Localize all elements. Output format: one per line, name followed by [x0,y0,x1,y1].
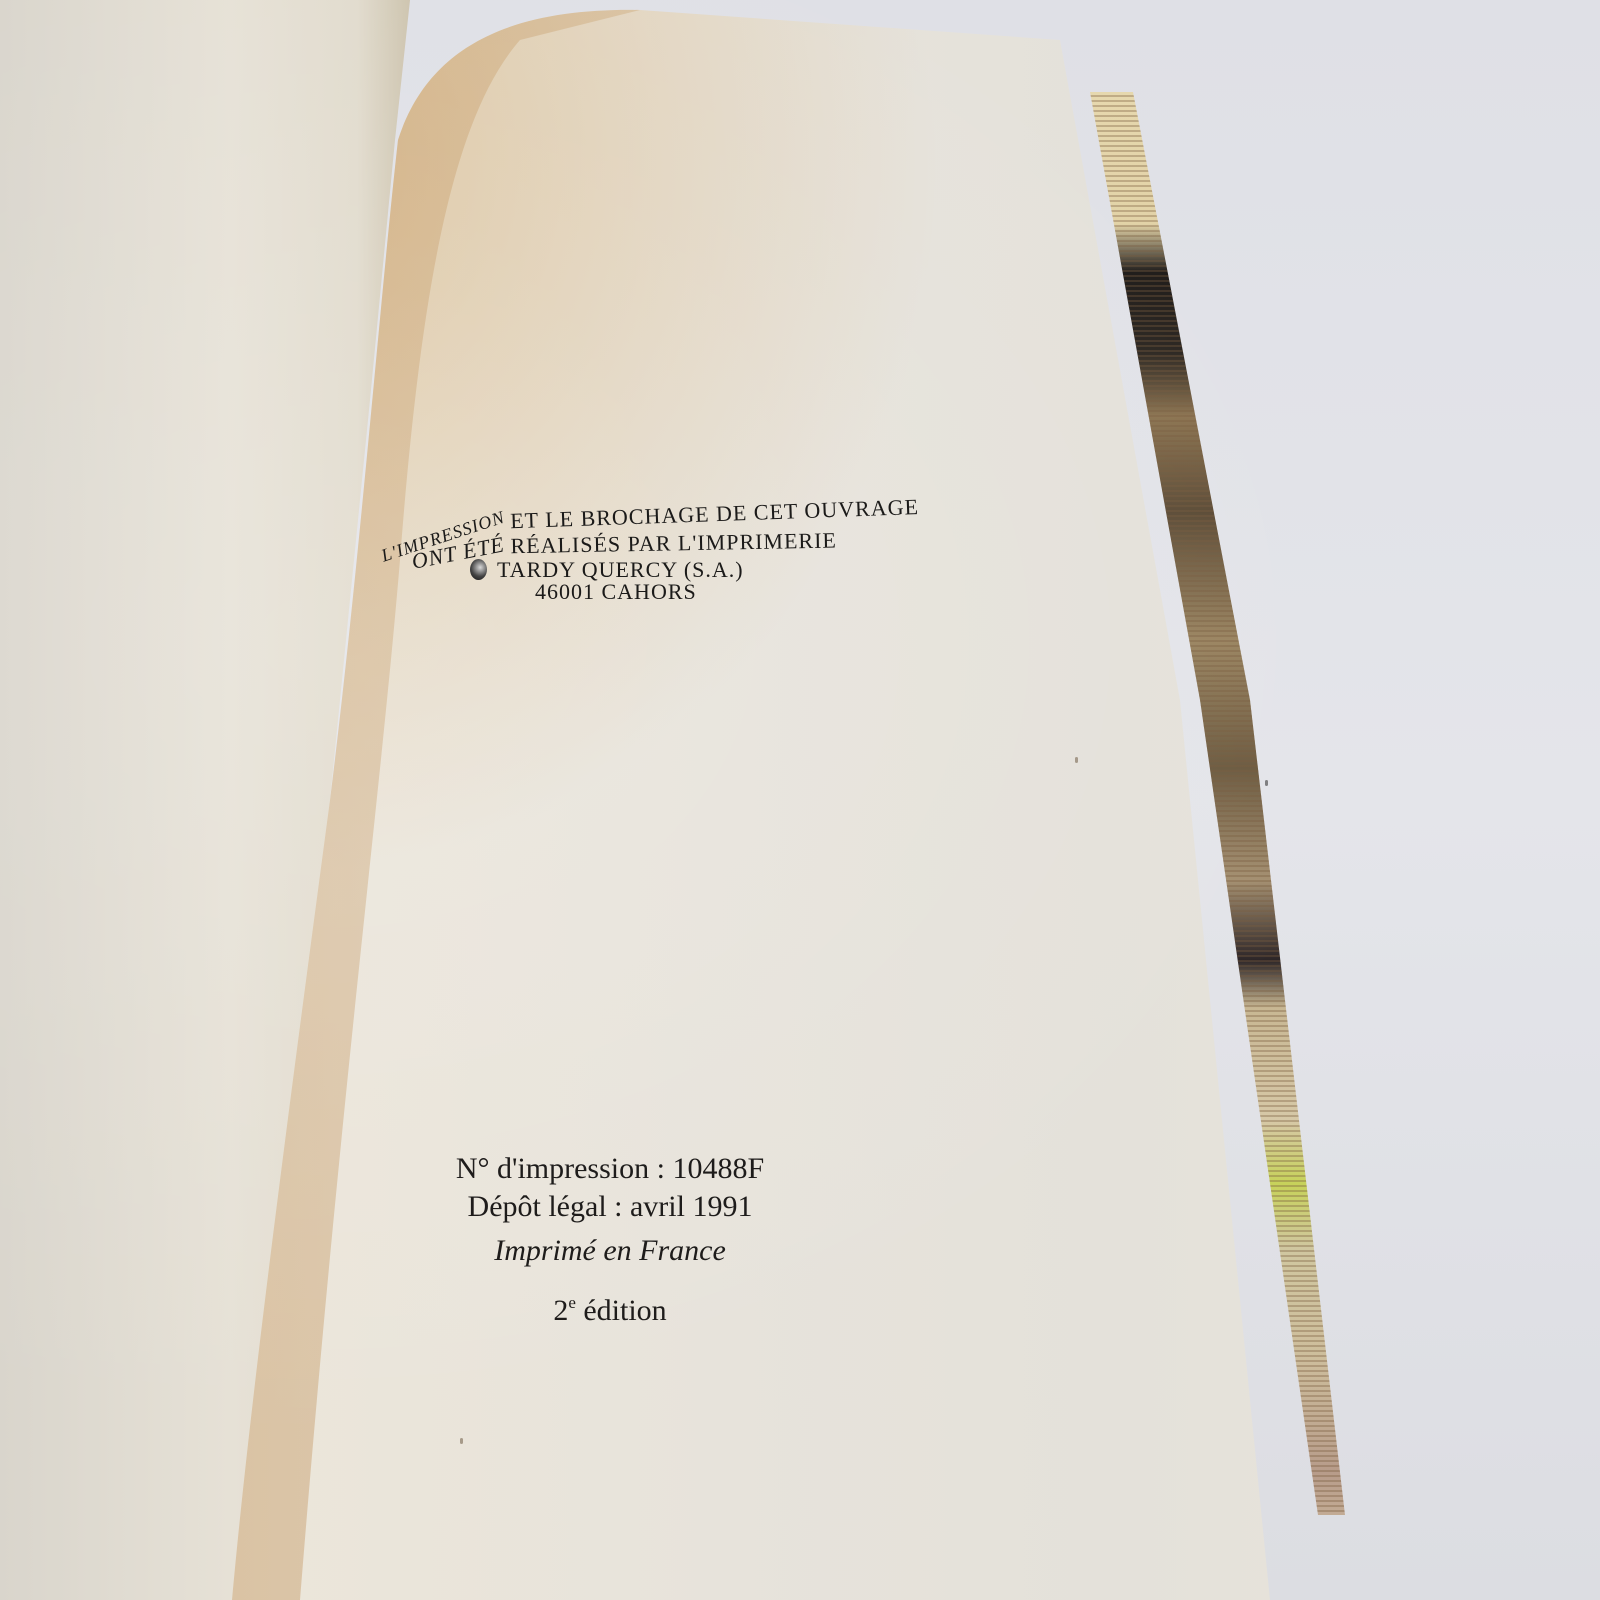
impression-number-label: N° d'impression : [456,1152,665,1185]
background-speck [1265,780,1268,786]
edition-label: édition [583,1294,666,1327]
legal-deposit: Dépôt légal : avril 1991 [420,1188,800,1226]
printer-logo-icon [470,559,487,580]
edition-suffix: e [568,1293,576,1312]
printer-address: 46001 CAHORS [535,579,697,605]
legal-deposit-label: Dépôt légal : [468,1190,623,1223]
book-photo-scene: L'IMPRESSION ET LE BROCHAGE DE CET OUVRA… [0,0,1600,1600]
printer-colophon: L'IMPRESSION ET LE BROCHAGE DE CET OUVRA… [365,503,965,613]
printed-in-country: Imprimé en France [420,1232,800,1270]
legal-deposit-value: avril 1991 [630,1190,752,1223]
impression-number-value: 10488F [672,1152,764,1185]
paper-speck [460,1438,463,1444]
edition-number: 2 [553,1294,568,1327]
imprint-details: N° d'impression : 10488F Dépôt légal : a… [420,1150,800,1330]
paper-speck [1075,757,1078,763]
impression-number: N° d'impression : 10488F [420,1150,800,1188]
colophon-line-2-rest: RÉALISÉS PAR L'IMPRIMERIE [510,528,837,559]
edition-info: 2e édition [420,1284,800,1330]
